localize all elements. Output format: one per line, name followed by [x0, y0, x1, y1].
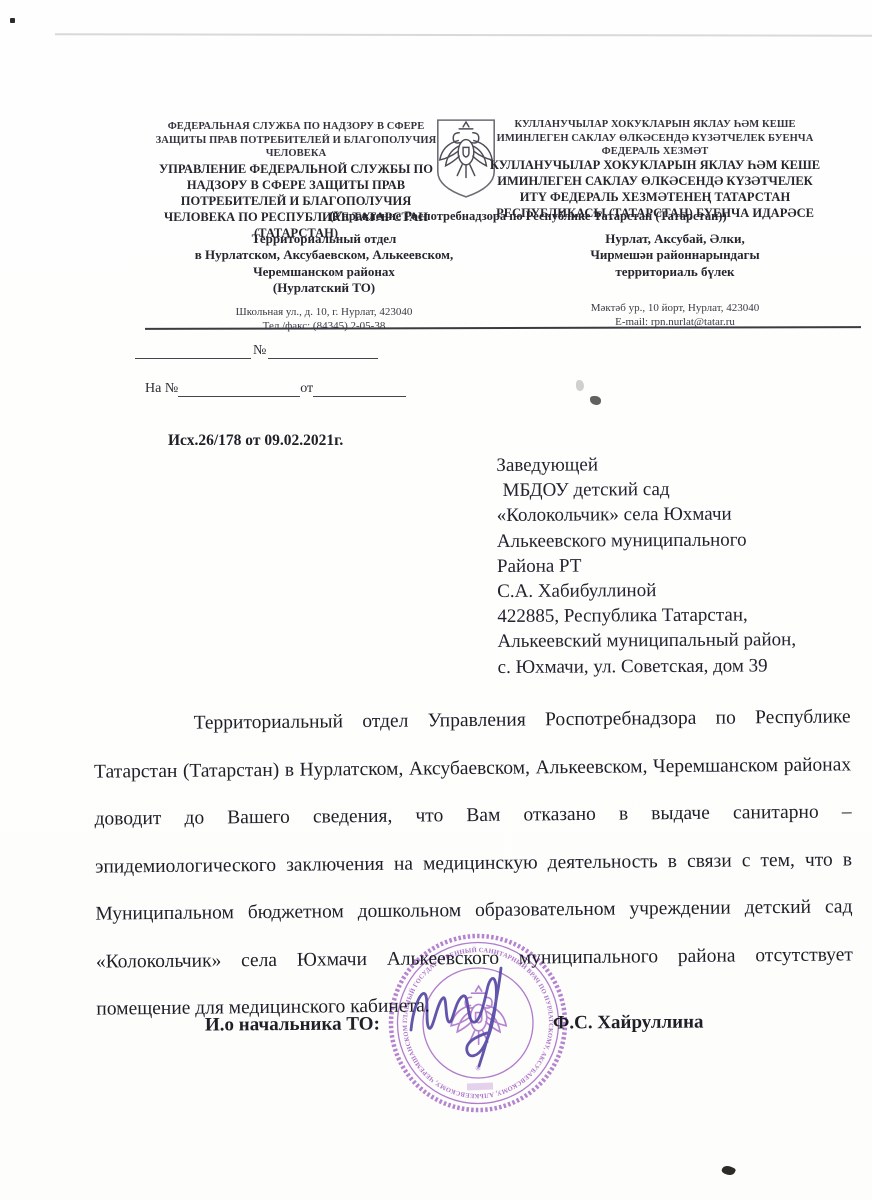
scan-speck	[10, 18, 15, 23]
outgoing-number: Исх.26/178 от 09.02.2021г.	[168, 432, 343, 450]
addressee-block: Заведующей МБДОУ детский сад «Колокольчи…	[496, 451, 837, 680]
right-office-block: Нурлат, Аксубай, Әлки, Чирмешән районнар…	[530, 231, 820, 329]
addressee-line: 422885, Республика Татарстан,	[497, 602, 837, 629]
blank-line	[268, 344, 378, 359]
addressee-line: Района РТ	[497, 552, 837, 579]
letterhead-left-service: ФЕДЕРАЛЬНАЯ СЛУЖБА ПО НАДЗОРУ В СФЕРЕ ЗА…	[150, 120, 442, 161]
right-office-line: территориаль бүлек	[530, 264, 820, 280]
right-office-line: Нурлат, Аксубай, Әлки,	[530, 231, 820, 247]
addressee-line: «Колокольчик» села Юхмачи	[497, 501, 837, 528]
right-office-street: Мәктәб ур., 10 йорт, Нурлат, 423040	[530, 301, 820, 315]
right-office-address: Мәктәб ур., 10 йорт, Нурлат, 423040 E-ma…	[530, 301, 820, 330]
left-office-street: Школьная ул., д. 10, г. Нурлат, 423040	[158, 305, 490, 319]
left-office-block: Территориальный отдел в Нурлатском, Аксу…	[158, 231, 490, 334]
addressee-line: Заведующей	[496, 451, 836, 478]
scanned-letter-page: ФЕДЕРАЛЬНАЯ СЛУЖБА ПО НАДЗОРУ В СФЕРЕ ЗА…	[0, 0, 872, 1200]
addressee-line: с. Юхмачи, ул. Советская, дом 39	[498, 653, 838, 680]
scan-edge-line	[55, 33, 872, 36]
scan-smudge	[590, 396, 601, 405]
right-office-line: Чирмешән районнарындагы	[530, 247, 820, 263]
na-label: На №	[145, 381, 178, 397]
stamp-bottom-text-smudge	[467, 1083, 493, 1091]
signature-name: Ф.С. Хайруллина	[553, 1012, 704, 1035]
reference-number-row: №	[135, 343, 378, 359]
blank-line	[135, 344, 251, 359]
letterhead-center-line: (Управление Роспотребнадзора по Республи…	[238, 209, 818, 224]
left-office-line: Территориальный отдел	[158, 231, 490, 247]
ot-label: от	[300, 381, 313, 397]
addressee-line: С.А. Хабибуллиной	[497, 577, 837, 604]
number-sign: №	[251, 343, 268, 359]
left-office-line: Черемшанском районах	[158, 264, 490, 280]
scan-smudge	[576, 380, 584, 391]
letterhead-left-department: УПРАВЛЕНИЕ ФЕДЕРАЛЬНОЙ СЛУЖБЫ ПО НАДЗОРУ…	[146, 161, 446, 241]
letterhead-right-service: КУЛЛАНУЧЫЛАР ХОКУКЛАРЫН ЯКЛАУ ҺӘМ КЕШЕ И…	[488, 118, 822, 159]
reference-reply-row: На № от	[145, 381, 406, 397]
blank-line	[313, 382, 406, 397]
signature-title: И.о начальника ТО:	[205, 1013, 380, 1036]
left-office-line: в Нурлатском, Аксубаевском, Алькеевском,	[158, 247, 490, 263]
left-office-line: (Нурлатский ТО)	[158, 280, 490, 296]
scan-speck	[721, 1164, 737, 1178]
addressee-line: Алькеевского муниципального	[497, 527, 837, 554]
addressee-line: МБДОУ детский сад	[496, 476, 836, 503]
blank-line	[178, 382, 300, 397]
addressee-line: Алькеевский муниципальный район,	[497, 627, 837, 654]
official-stamp: ГЛАВНЫЙ ГОСУДАРСТВЕННЫЙ САНИТАРНЫЙ ВРАЧ …	[383, 928, 573, 1123]
